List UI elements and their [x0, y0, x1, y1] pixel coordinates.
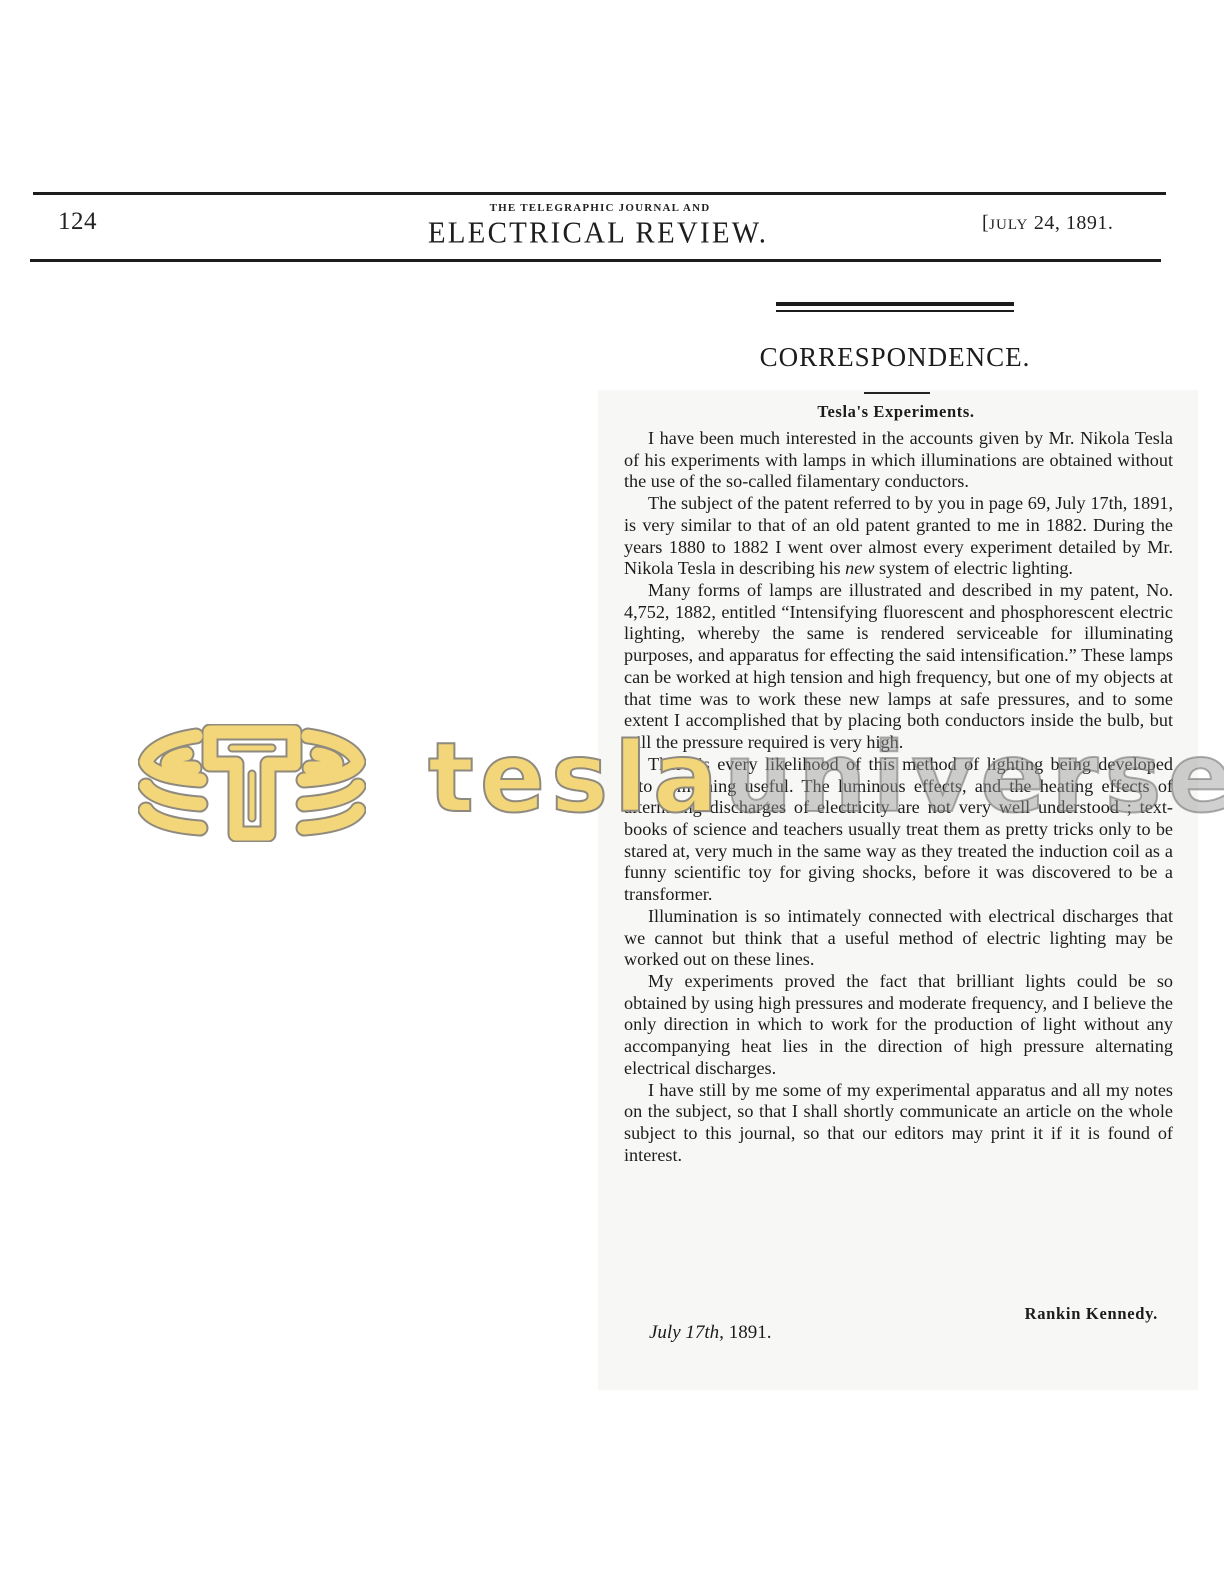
- tesla-universe-logo-icon: [138, 724, 366, 842]
- date-month: JULY: [989, 217, 1028, 233]
- dateline: July 17th, 1891.: [649, 1322, 771, 1344]
- date-rest: 24, 1891.: [1034, 212, 1114, 234]
- article-body: I have been much interested in the accou…: [624, 428, 1173, 1166]
- section-thin-rule: [776, 310, 1014, 312]
- author-signature: Rankin Kennedy.: [900, 1304, 1158, 1324]
- section-title: CORRESPONDENCE.: [600, 342, 1190, 373]
- paragraph-3: Many forms of lamps are illustrated and …: [624, 580, 1173, 754]
- paragraph-2-text-end: system of electric lighting.: [874, 558, 1073, 578]
- paragraph-1: I have been much interested in the accou…: [624, 428, 1173, 493]
- paragraph-4: There is every likelihood of this method…: [624, 754, 1173, 906]
- masthead-date: [JULY 24, 1891.: [982, 212, 1113, 235]
- paragraph-2-italic: new: [845, 558, 874, 578]
- section-thick-rule: [776, 302, 1014, 306]
- masthead-bottom-rule: [30, 259, 1161, 262]
- dateline-year: 1891.: [724, 1322, 772, 1343]
- dateline-italic: July 17th,: [649, 1322, 724, 1343]
- masthead-top-rule: [33, 192, 1166, 195]
- paragraph-5: Illumination is so intimately connected …: [624, 906, 1173, 971]
- section-divider: [864, 392, 930, 394]
- document-page: 124 THE TELEGRAPHIC JOURNAL AND ELECTRIC…: [0, 0, 1224, 1584]
- article-heading: Tesla's Experiments.: [600, 402, 1192, 422]
- paragraph-7: I have still by me some of my experiment…: [624, 1080, 1173, 1167]
- paragraph-2: The subject of the patent referred to by…: [624, 493, 1173, 580]
- paragraph-6: My experiments proved the fact that bril…: [624, 971, 1173, 1080]
